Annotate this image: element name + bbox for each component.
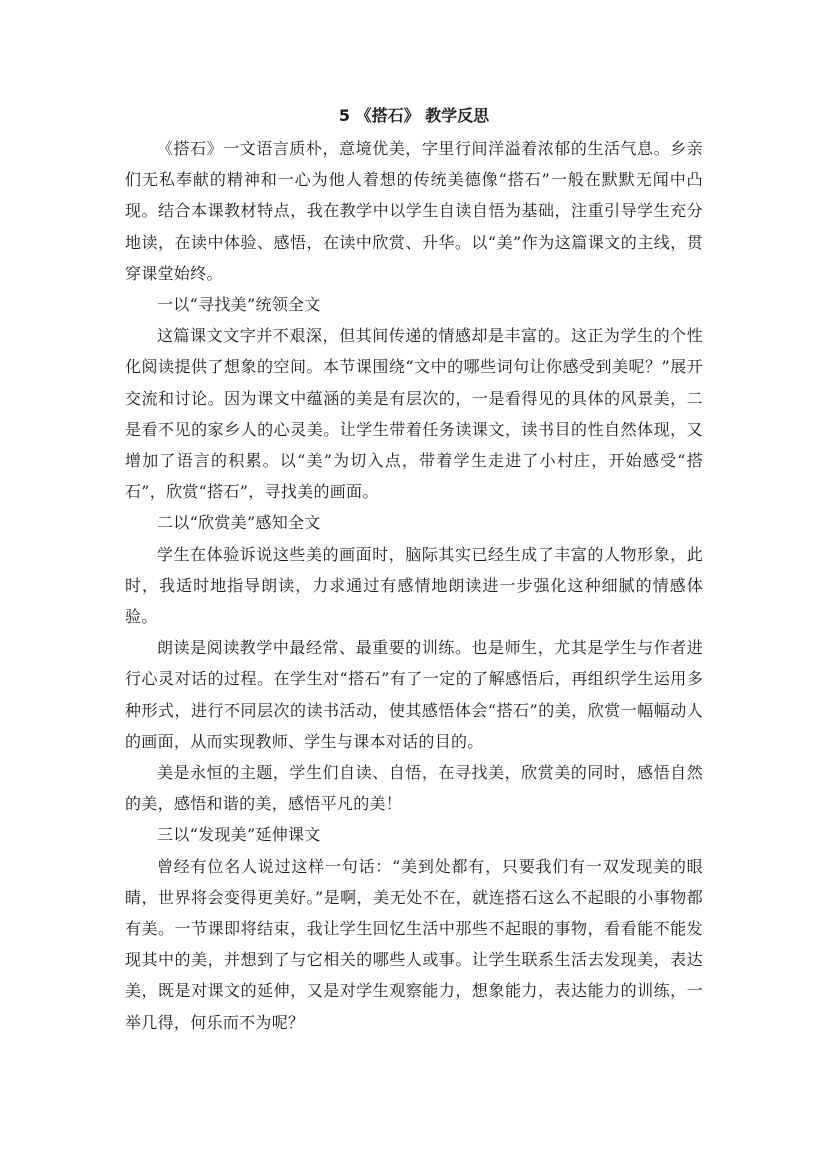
paragraph-section-3: 曾经有位名人说过这样一句话：“美到处都有，只要我们有一双发现美的眼睛，世界将会变… bbox=[125, 851, 703, 1038]
paragraph-section-2c: 美是永恒的主题，学生们自读、自悟，在寻找美，欣赏美的同时，感悟自然的美，感悟和谐… bbox=[125, 757, 703, 819]
section-heading-2: 二以“欣赏美”感知全文 bbox=[125, 507, 703, 538]
section-heading-1: 一以“寻找美”统领全文 bbox=[125, 289, 703, 320]
paragraph-section-2b: 朗读是阅读教学中最经常、最重要的训练。也是师生，尤其是学生与作者进行心灵对话的过… bbox=[125, 632, 703, 757]
document-title: 5 《搭石》 教学反思 bbox=[125, 103, 703, 129]
section-heading-3: 三以“发现美”延伸课文 bbox=[125, 819, 703, 850]
document-page: 5 《搭石》 教学反思 《搭石》一文语言质朴，意境优美，字里行间洋溢着浓郁的生活… bbox=[125, 103, 703, 1038]
paragraph-section-1: 这篇课文文字并不艰深，但其间传递的情感却是丰富的。这正为学生的个性化阅读提供了想… bbox=[125, 320, 703, 507]
paragraph-section-2a: 学生在体验诉说这些美的画面时，脑际其实已经生成了丰富的人物形象，此时，我适时地指… bbox=[125, 539, 703, 633]
paragraph-intro: 《搭石》一文语言质朴，意境优美，字里行间洋溢着浓郁的生活气息。乡亲们无私奉献的精… bbox=[125, 133, 703, 289]
